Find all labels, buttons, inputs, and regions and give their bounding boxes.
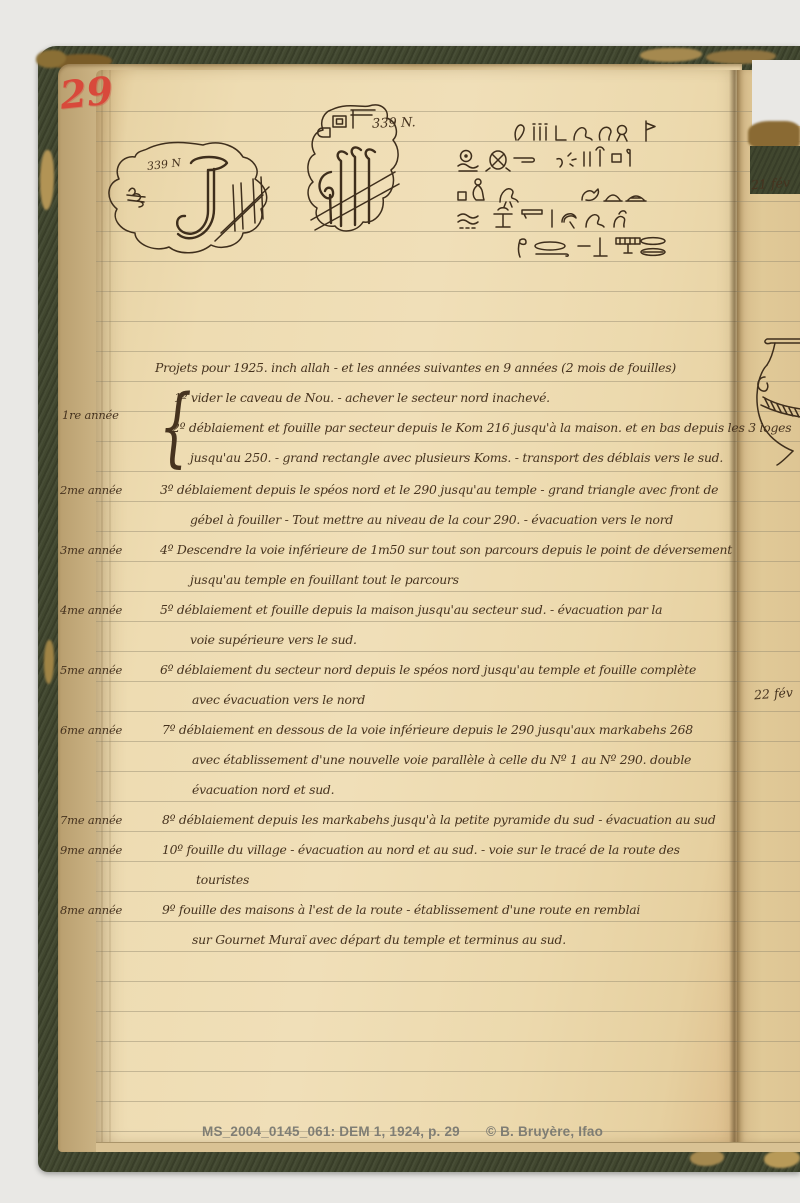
hieroglyph-row-5 [519, 238, 666, 257]
sherd1-scribble [127, 188, 145, 207]
page-bottom-edge [96, 1142, 800, 1152]
cover-corner-wear [748, 121, 800, 149]
sherd1-trumpet-motif [177, 157, 227, 238]
hieroglyph-row-1 [515, 121, 655, 141]
footer-reference: MS_2004_0145_061: DEM 1, 1924, p. 29 [202, 1124, 460, 1139]
sherd2-label: 339 N. [372, 115, 416, 132]
hieroglyph-sketch [450, 110, 666, 260]
scanned-notebook-photo: 29 339 N [0, 0, 800, 1203]
vase-sketch [757, 333, 800, 467]
hieroglyph-row-2 [458, 147, 630, 171]
hieroglyph-row-3 [458, 179, 646, 207]
sherd2-scepters [320, 147, 375, 226]
sherd1-outline [109, 143, 267, 253]
facing-page-note-bottom: 22 fév [754, 685, 794, 703]
sherd-sketch-1 [95, 135, 300, 260]
facing-page-sliver [737, 70, 800, 1142]
page-number: 29 [58, 67, 115, 117]
vase-outline [757, 339, 800, 465]
curly-brace: { [159, 384, 192, 470]
sherd2-top-signs [318, 110, 375, 137]
hieroglyph-row-4 [458, 208, 626, 228]
facing-page-note-top: 21 fév [751, 175, 791, 193]
cover-corner-gap [752, 60, 800, 126]
footer-copyright: © B. Bruyère, Ifao [486, 1124, 603, 1139]
